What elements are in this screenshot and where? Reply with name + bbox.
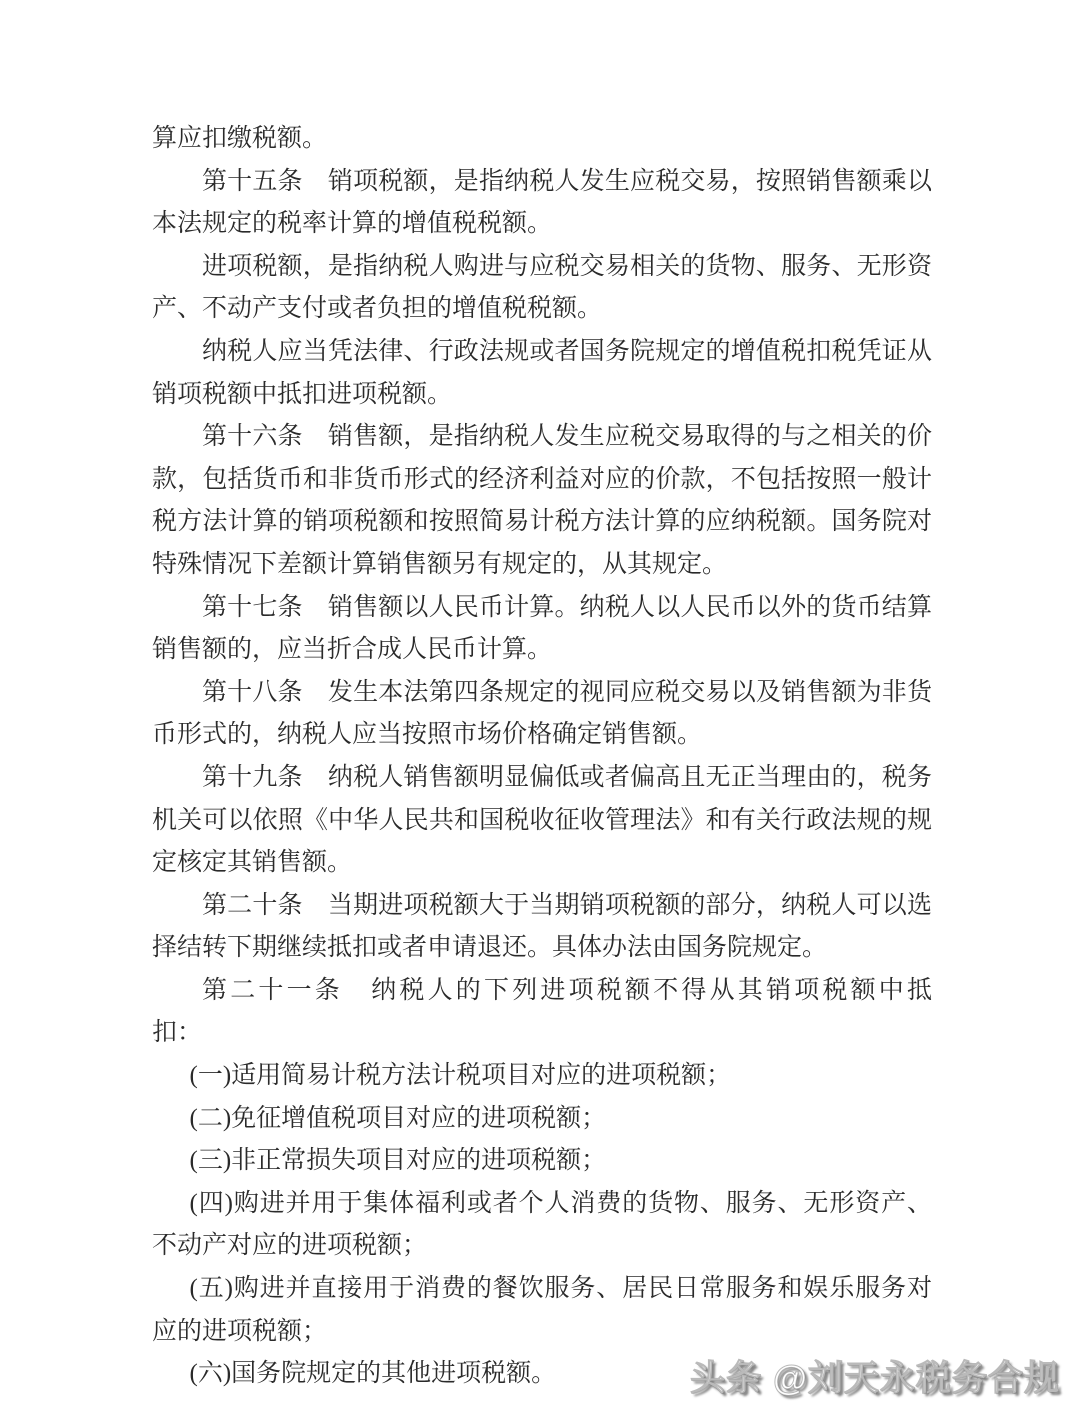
text-line: 产、不动产支付或者负担的增值税税额。 [152, 288, 932, 331]
text-line: (一)适用简易计税方法计税项目对应的进项税额； [152, 1055, 932, 1098]
text-line: 销项税额中抵扣进项税额。 [152, 374, 932, 417]
text-line: 第十八条 发生本法第四条规定的视同应税交易以及销售额为非货 [152, 672, 932, 715]
text-line: 第二十条 当期进项税额大于当期销项税额的部分，纳税人可以选 [152, 885, 932, 928]
text-line: 销售额的，应当折合成人民币计算。 [152, 629, 932, 672]
text-line: 币形式的，纳税人应当按照市场价格确定销售额。 [152, 714, 932, 757]
text-line: 应的进项税额； [152, 1311, 932, 1354]
text-line: (三)非正常损失项目对应的进项税额； [152, 1140, 932, 1183]
text-line: (五)购进并直接用于消费的餐饮服务、居民日常服务和娱乐服务对 [152, 1268, 932, 1311]
text-line: 不动产对应的进项税额； [152, 1225, 932, 1268]
text-line: 择结转下期继续抵扣或者申请退还。具体办法由国务院规定。 [152, 927, 932, 970]
text-line: 本法规定的税率计算的增值税税额。 [152, 203, 932, 246]
text-line: 税方法计算的销项税额和按照简易计税方法计算的应纳税额。国务院对 [152, 501, 932, 544]
text-line: 第二十一条 纳税人的下列进项税额不得从其销项税额中抵 [152, 970, 932, 1013]
text-line: 机关可以依照《中华人民共和国税收征收管理法》和有关行政法规的规 [152, 800, 932, 843]
document-text: 算应扣缴税额。第十五条 销项税额，是指纳税人发生应税交易，按照销售额乘以本法规定… [152, 118, 932, 1396]
watermark: 头条 @刘天永税务合规 [690, 1351, 1060, 1401]
text-line: (四)购进并用于集体福利或者个人消费的货物、服务、无形资产、 [152, 1183, 932, 1226]
page: { "page": { "background_color": "#ffffff… [0, 0, 1080, 1414]
text-line: 扣： [152, 1012, 932, 1055]
text-line: 第十五条 销项税额，是指纳税人发生应税交易，按照销售额乘以 [152, 161, 932, 204]
text-line: 进项税额，是指纳税人购进与应税交易相关的货物、服务、无形资 [152, 246, 932, 289]
text-line: 第十六条 销售额，是指纳税人发生应税交易取得的与之相关的价 [152, 416, 932, 459]
text-line: 款，包括货币和非货币形式的经济利益对应的价款，不包括按照一般计 [152, 459, 932, 502]
text-line: 算应扣缴税额。 [152, 118, 932, 161]
text-line: (二)免征增值税项目对应的进项税额； [152, 1098, 932, 1141]
text-line: 特殊情况下差额计算销售额另有规定的，从其规定。 [152, 544, 932, 587]
text-line: 第十七条 销售额以人民币计算。纳税人以人民币以外的货币结算 [152, 587, 932, 630]
watermark-text: 头条 @刘天永税务合规 [690, 1359, 1060, 1398]
text-line: 定核定其销售额。 [152, 842, 932, 885]
text-line: 第十九条 纳税人销售额明显偏低或者偏高且无正当理由的，税务 [152, 757, 932, 800]
text-line: 纳税人应当凭法律、行政法规或者国务院规定的增值税扣税凭证从 [152, 331, 932, 374]
